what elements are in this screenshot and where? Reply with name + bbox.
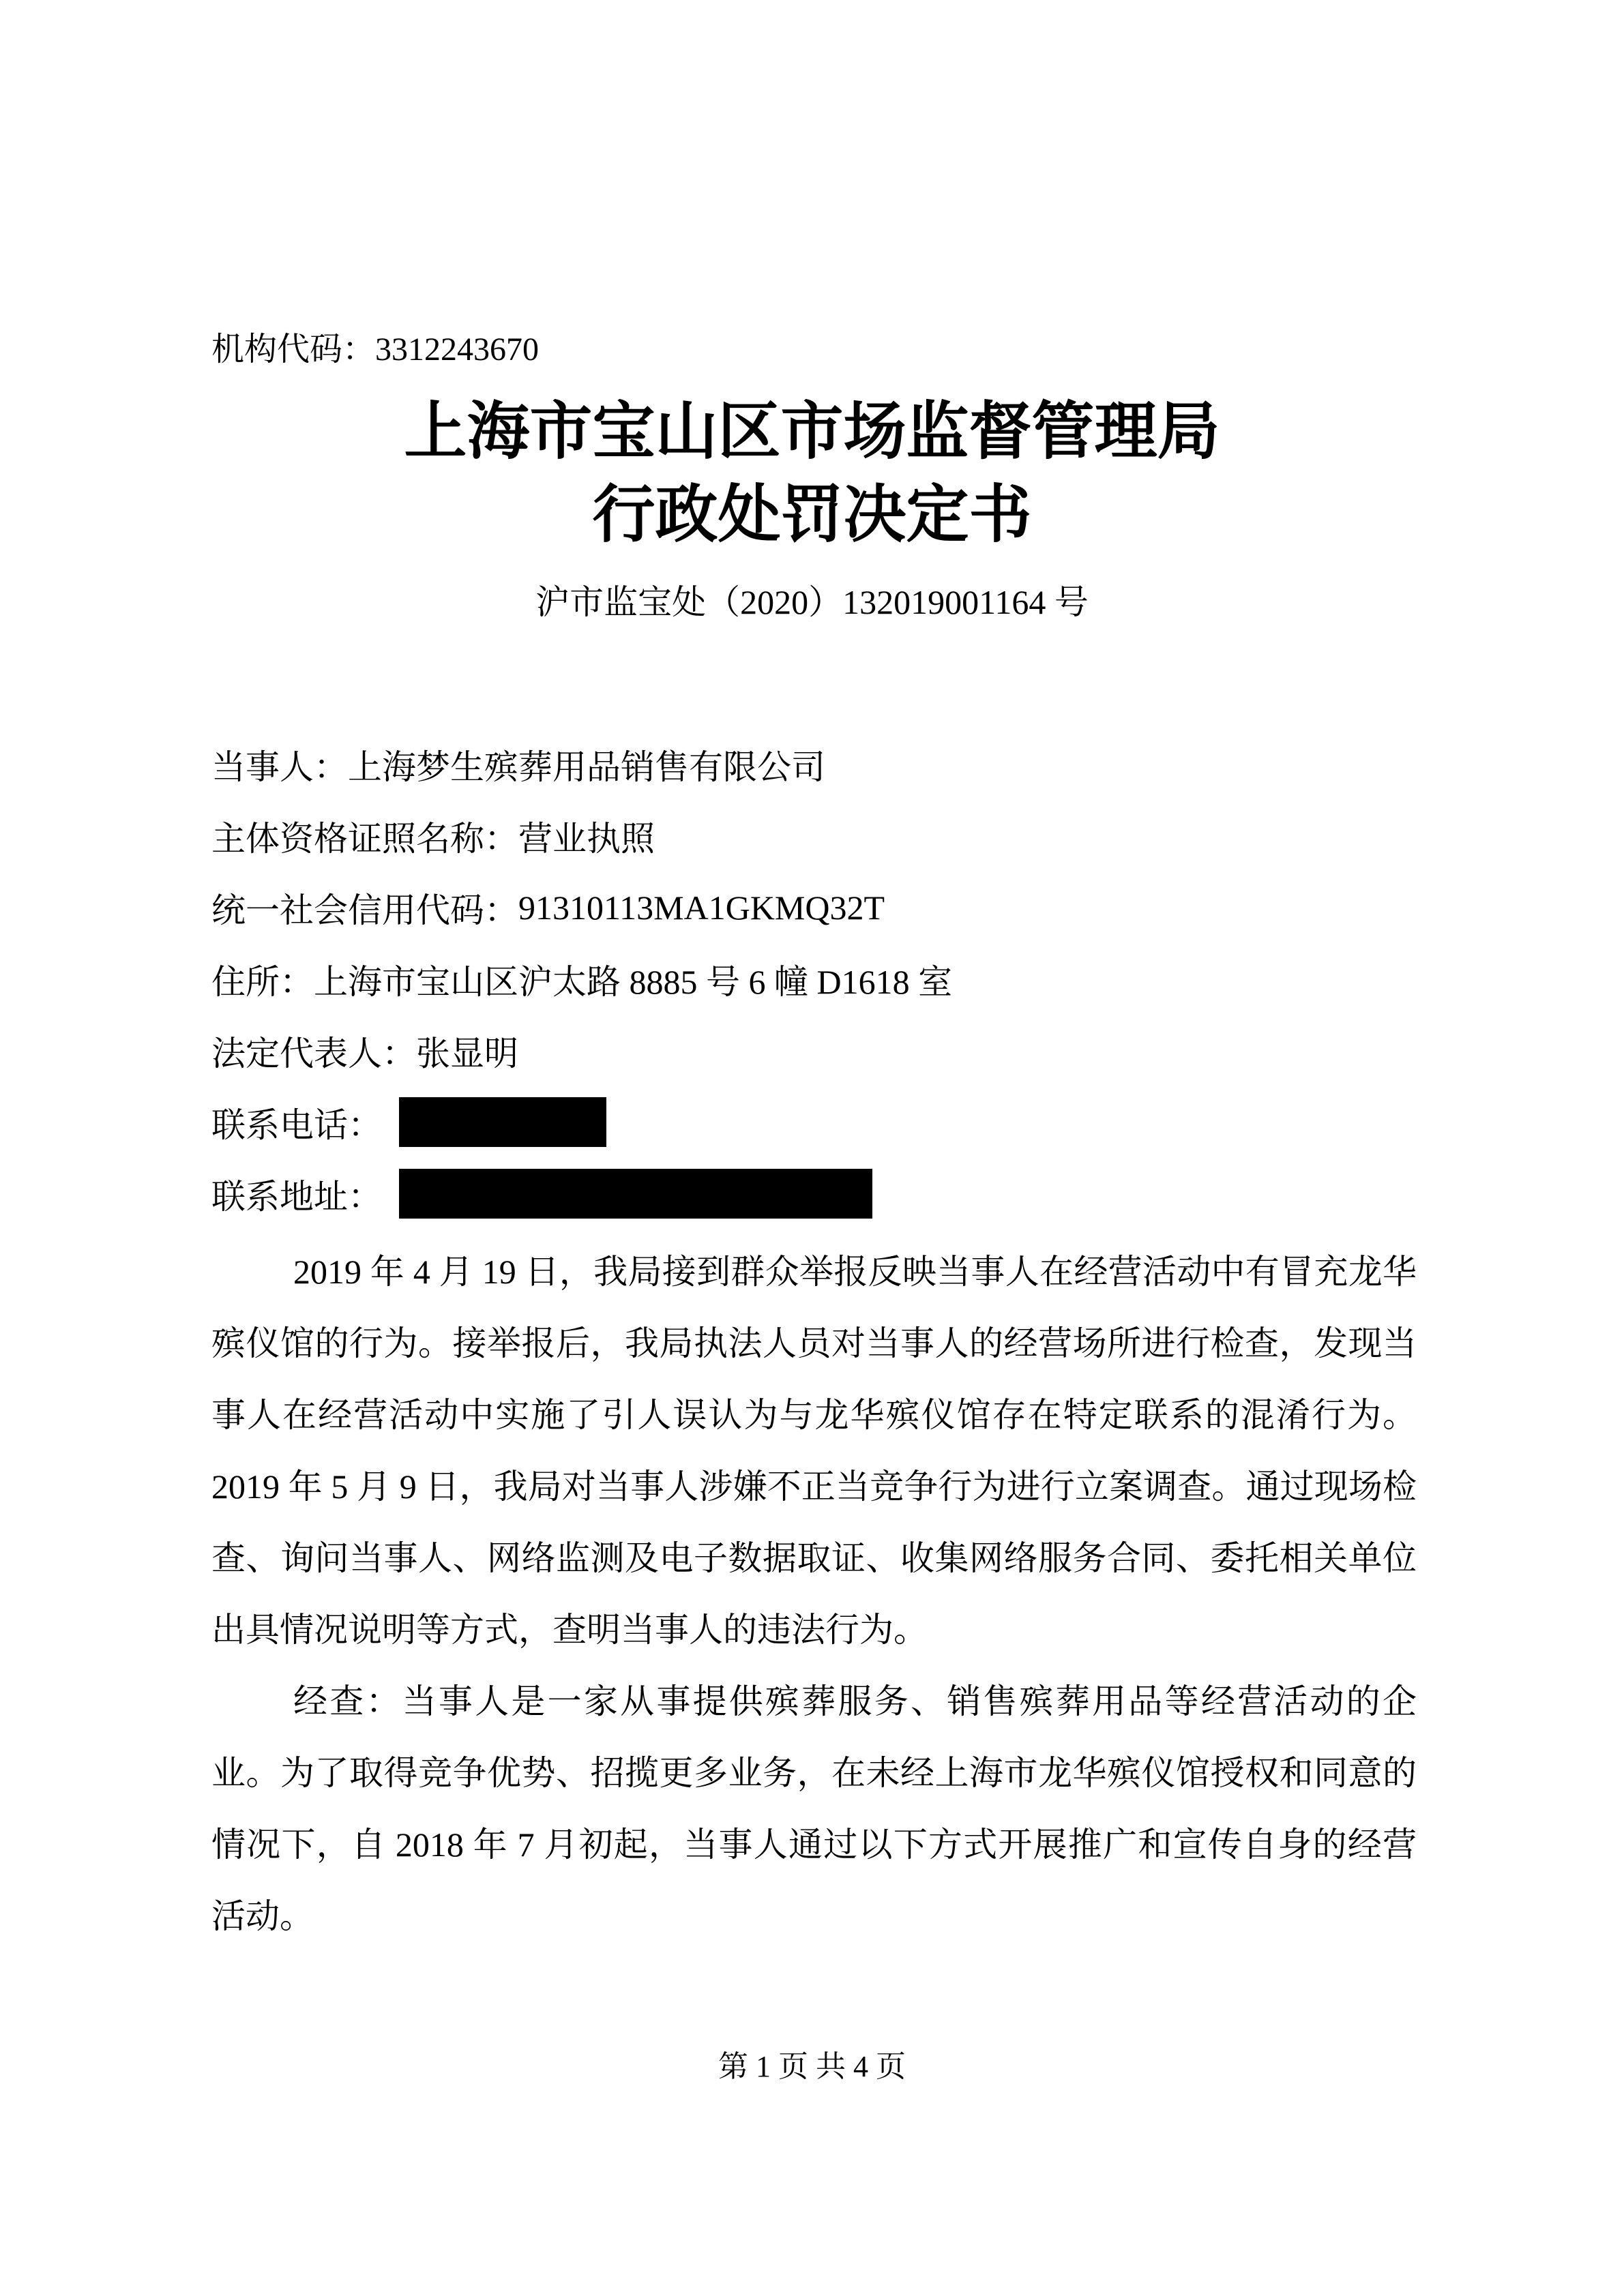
party-label: 当事人： <box>211 740 348 789</box>
document-type-title: 行政处罚决定书 <box>0 477 1624 552</box>
party-value: 上海市宝山区沪太路 8885 号 6 幢 D1618 室 <box>314 955 952 1004</box>
party-value: 营业执照 <box>518 811 655 861</box>
party-info-section: 当事人：上海梦生殡葬用品销售有限公司 主体资格证照名称：营业执照 统一社会信用代… <box>211 728 1417 1229</box>
party-row-credit-code: 统一社会信用代码：91310113MA1GKMQ32T <box>211 871 1417 943</box>
document-body: 2019 年 4 月 19 日，我局接到群众举报反映当事人在经营活动中有冒充龙华… <box>211 1236 1417 1952</box>
page-footer: 第 1 页 共 4 页 <box>0 2048 1624 2086</box>
document-number: 沪市监宝处（2020）132019001164 号 <box>0 581 1624 623</box>
party-label: 住所： <box>211 955 314 1004</box>
party-row-name: 当事人：上海梦生殡葬用品销售有限公司 <box>211 728 1417 800</box>
party-row-contact-address: 联系地址： <box>211 1158 1417 1229</box>
party-label: 主体资格证照名称： <box>211 811 518 861</box>
party-value: 上海梦生殡葬用品销售有限公司 <box>348 740 825 789</box>
party-row-legal-representative: 法定代表人：张显明 <box>211 1015 1417 1086</box>
party-value: 张显明 <box>416 1026 518 1075</box>
party-label: 联系地址： <box>211 1169 382 1219</box>
party-row-address: 住所：上海市宝山区沪太路 8885 号 6 幢 D1618 室 <box>211 943 1417 1015</box>
party-value: 91310113MA1GKMQ32T <box>518 888 885 927</box>
issuing-authority-title: 上海市宝山区市场监督管理局 <box>0 394 1624 469</box>
body-paragraph-findings: 经查：当事人是一家从事提供殡葬服务、销售殡葬用品等经营活动的企业。为了取得竞争优… <box>211 1666 1417 1952</box>
org-code-line: 机构代码：3312243670 <box>211 329 539 370</box>
document-page: 机构代码：3312243670 上海市宝山区市场监督管理局 行政处罚决定书 沪市… <box>0 0 1624 2296</box>
redaction-box-address <box>399 1169 872 1219</box>
party-row-contact-phone: 联系电话： <box>211 1086 1417 1158</box>
party-label: 联系电话： <box>211 1098 382 1147</box>
party-label: 统一社会信用代码： <box>211 883 518 932</box>
redaction-box-phone <box>399 1097 606 1147</box>
party-row-license-name: 主体资格证照名称：营业执照 <box>211 800 1417 871</box>
party-label: 法定代表人： <box>211 1026 416 1075</box>
body-paragraph-investigation-opening: 2019 年 4 月 19 日，我局接到群众举报反映当事人在经营活动中有冒充龙华… <box>211 1236 1417 1666</box>
